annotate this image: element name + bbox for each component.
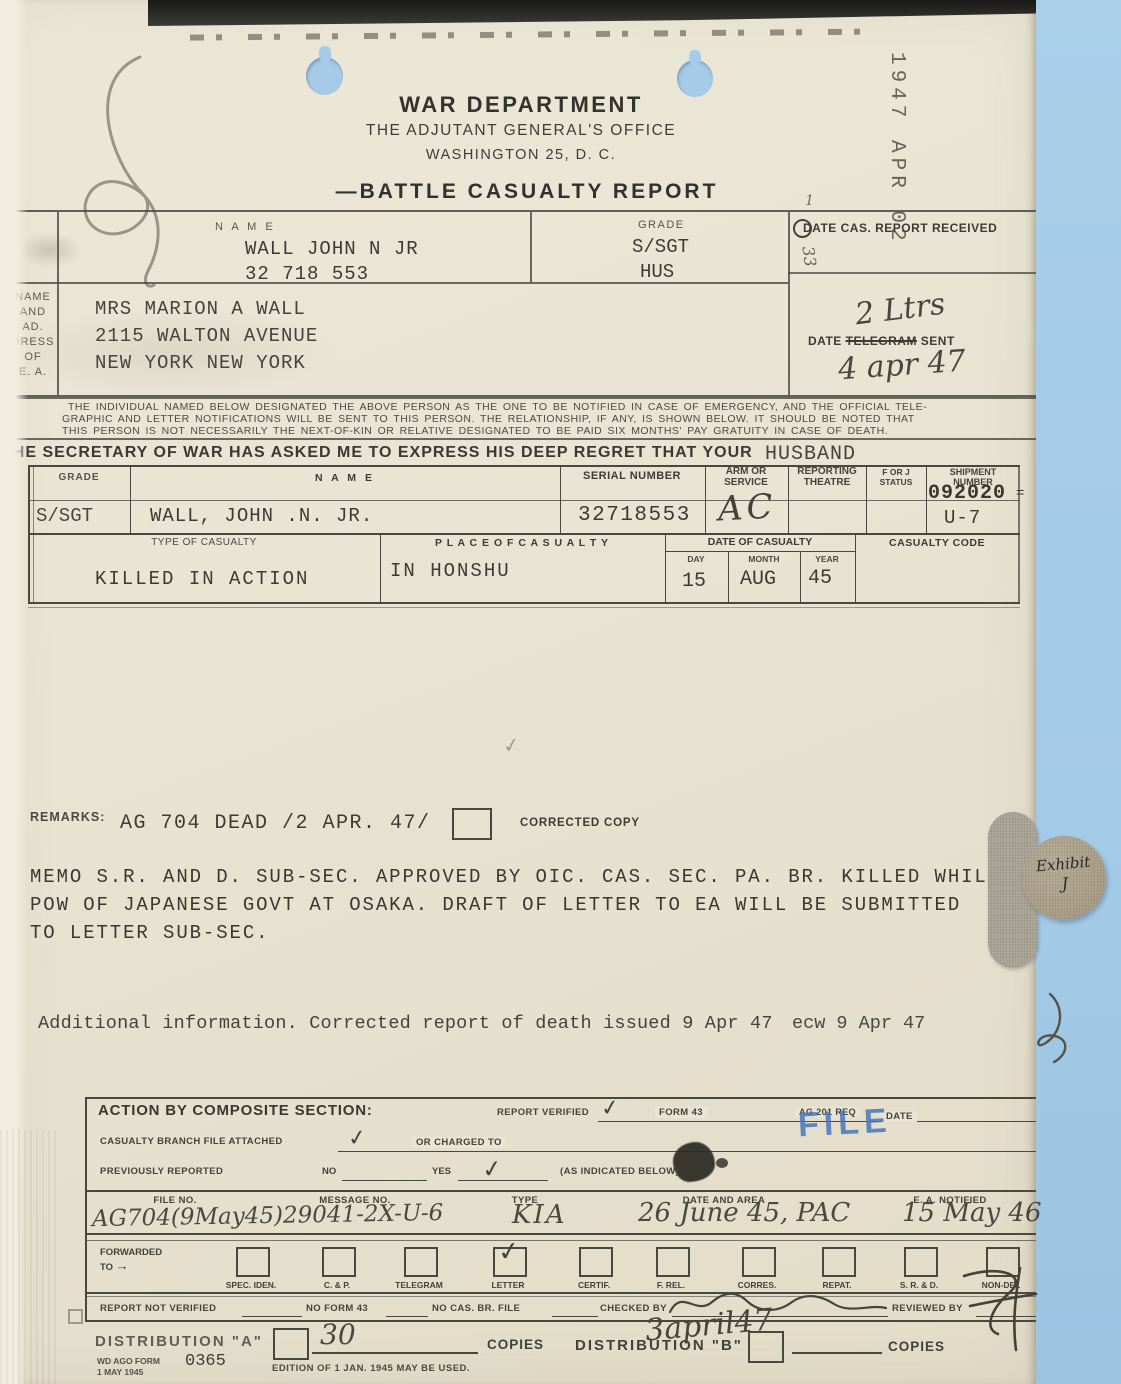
distribution-a-copies-handwritten: 30 — [320, 1318, 356, 1351]
memo-line-2: POW OF JAPANESE GOVT AT OSAKA. DRAFT OF … — [30, 894, 961, 916]
distribution-a-box — [273, 1328, 309, 1360]
memo-line-3: TO LETTER SUB-SEC. — [30, 922, 269, 944]
letter-checkmark: ✓ — [496, 1236, 522, 1269]
name-field-label: N A M E — [215, 221, 276, 233]
date-cas-report-label: DATE CAS. REPORT RECEIVED — [803, 221, 997, 235]
branch-attached-checkmark: ✓ — [346, 1125, 368, 1152]
date-received-stamp: 1947 APR 02 — [885, 52, 908, 246]
shipment-mark: = — [1016, 486, 1024, 502]
casualty-code-header: CASUALTY CODE — [889, 537, 985, 549]
side-label-line: E. A. — [8, 365, 58, 380]
box-label-cp: C. & P. — [324, 1280, 350, 1290]
box-label-srd: S. R. & D. — [900, 1280, 938, 1290]
grade-cell-value: S/SGT — [36, 505, 93, 527]
col-fj-header: F OR J STATUS — [880, 467, 913, 487]
month-value: AUG — [740, 568, 776, 591]
punch-hole — [306, 57, 343, 95]
ea-address2: NEW YORK NEW YORK — [95, 352, 306, 374]
forward-checkbox-telegram — [404, 1247, 438, 1277]
year-header: YEAR — [815, 554, 839, 564]
casualty-branch-attached-label: CASUALTY BRANCH FILE ATTACHED — [100, 1136, 283, 1147]
copies-label-a: COPIES — [487, 1337, 544, 1352]
corrected-copy-checkbox — [452, 808, 492, 840]
notice-line-2: GRAPHIC AND LETTER NOTIFICATIONS WILL BE… — [62, 413, 915, 425]
col-theatre-line2: THEATRE — [797, 477, 856, 488]
handwritten-33: 33 — [798, 245, 820, 268]
handwritten-flourish — [1028, 990, 1074, 1068]
col-shipment-line1: SHIPMENT — [950, 467, 997, 477]
exhibit-tab-text: Exhibit J — [1020, 850, 1107, 897]
report-not-verified-label: REPORT NOT VERIFIED — [100, 1303, 216, 1314]
previously-reported-label: PREVIOUSLY REPORTED — [100, 1166, 223, 1177]
col-fj-line1: F OR J — [880, 467, 913, 477]
year-value: 45 — [808, 567, 832, 590]
shipment-number-value: 092020 — [928, 482, 1006, 505]
forward-checkbox-spec-iden — [236, 1247, 270, 1277]
arrow-icon: → — [116, 1258, 129, 1273]
arm-service-handwritten: AC — [717, 486, 778, 529]
remarks-value: AG 704 DEAD /2 APR. 47/ — [120, 812, 431, 835]
col-name-header: N A M E — [315, 472, 375, 484]
forward-checkbox-corres — [742, 1247, 776, 1277]
ea-side-label: NAME AND AD. DRESS OF E. A. — [8, 290, 58, 380]
scanned-document-page: 1947 APR 02 WAR DEPARTMENT THE ADJUTANT … — [0, 0, 1121, 1384]
type-of-casualty-header: TYPE OF CASUALTY — [151, 537, 257, 548]
memo-line-1: MEMO S.R. AND D. SUB-SEC. APPROVED BY OI… — [30, 866, 1001, 888]
casualty-name-value: WALL JOHN N JR — [245, 238, 419, 260]
file-stamp: FILE — [797, 1102, 893, 1146]
form-id-block: WD AGO FORM 1 MAY 1945 — [97, 1356, 160, 1378]
box-label-certif: CERTIF. — [578, 1280, 610, 1290]
punch-hole — [677, 60, 713, 97]
ecw-note: ecw 9 Apr 47 — [792, 1013, 925, 1034]
regret-sentence: THE SECRETARY OF WAR HAS ASKED ME TO EXP… — [2, 444, 753, 462]
place-of-casualty-value: IN HONSHU — [390, 560, 511, 582]
col-theatre-header: REPORTING THEATRE — [797, 466, 856, 488]
grade-field-label: GRADE — [638, 219, 685, 231]
side-label-line: NAME — [8, 290, 58, 305]
col-grade-header: GRADE — [58, 472, 99, 483]
day-header: DAY — [687, 554, 704, 564]
washington-line: WASHINGTON 25, D. C. — [426, 147, 616, 163]
composite-section-title: ACTION BY COMPOSITE SECTION: — [98, 1102, 373, 1119]
handwritten-date-area: 26 June 45, PAC — [638, 1198, 850, 1228]
forwarded-line2: TO — [100, 1262, 113, 1273]
reviewed-by-signature-scrawl — [946, 1262, 1038, 1354]
pencil-scribble — [30, 45, 200, 295]
forwarded-line1: FORWARDED — [100, 1246, 162, 1259]
ea-address1: 2115 WALTON AVENUE — [95, 325, 318, 347]
col-arm-line1: ARM OR — [724, 466, 768, 477]
handwritten-ea-notified: 15 May 46 — [902, 1198, 1042, 1228]
col-arm-header: ARM OR SERVICE — [724, 466, 768, 488]
forward-checkbox-cp — [322, 1247, 356, 1277]
day-value: 15 — [682, 570, 706, 593]
wd-ago-form-label: WD AGO FORM — [97, 1356, 160, 1367]
side-label-line: DRESS — [8, 335, 58, 350]
form43-label: FORM 43 — [655, 1107, 707, 1118]
adjutant-office-line: THE ADJUTANT GENERAL'S OFFICE — [366, 122, 676, 140]
telegram-label-struck: TELEGRAM — [846, 334, 917, 348]
yes-label: YES — [432, 1166, 451, 1177]
punch-hole-notch — [689, 50, 701, 65]
punch-hole-notch — [319, 46, 331, 62]
or-charged-to-label: OR CHARGED TO — [412, 1137, 506, 1148]
month-header: MONTH — [748, 554, 779, 564]
margin-square-mark — [68, 1309, 83, 1324]
corrected-copy-label: CORRECTED COPY — [520, 817, 640, 829]
report-title: —BATTLE CASUALTY REPORT — [336, 180, 719, 204]
distribution-a-label: DISTRIBUTION "A" — [95, 1333, 263, 1350]
copies-label-b: COPIES — [888, 1339, 945, 1354]
casualty-serial-value: 32 718 553 — [245, 263, 369, 285]
handwritten-1: 1 — [805, 193, 814, 209]
form-date-label: 1 MAY 1945 — [97, 1367, 160, 1378]
no-form43-label: NO FORM 43 — [306, 1303, 368, 1314]
forwarded-to-label: FORWARDED TO → — [100, 1246, 162, 1274]
notice-line-3: THIS PERSON IS NOT NECESSARILY THE NEXT-… — [62, 425, 888, 437]
serial-cell-value: 32718553 — [578, 504, 691, 527]
box-label-telegram: TELEGRAM — [395, 1280, 443, 1290]
name-cell-value: WALL, JOHN .N. JR. — [150, 505, 373, 527]
no-label: NO — [322, 1166, 336, 1177]
report-verified-checkmark: ✓ — [599, 1095, 621, 1122]
telegram-label-pre: DATE — [808, 334, 846, 348]
as-indicated-label: (AS INDICATED BELOW): — [560, 1166, 683, 1177]
notice-line-1: THE INDIVIDUAL NAMED BELOW DESIGNATED TH… — [68, 401, 927, 413]
ea-name: MRS MARION A WALL — [95, 298, 306, 320]
no-cas-br-file-label: NO CAS. BR. FILE — [432, 1303, 520, 1314]
forward-checkbox-frel — [656, 1247, 690, 1277]
col-serial-header: SERIAL NUMBER — [583, 470, 681, 482]
box-label-spec-iden: SPEC. IDEN. — [226, 1280, 277, 1290]
side-label-line: AND — [8, 305, 58, 320]
yes-checkmark: ✓ — [480, 1154, 504, 1185]
regret-relation: HUSBAND — [765, 443, 856, 466]
side-label-line: AD. — [8, 320, 58, 335]
place-of-casualty-header: P L A C E O F C A S U A L T Y — [435, 537, 609, 549]
forward-checkbox-certif — [579, 1247, 613, 1277]
box-label-letter: LETTER — [491, 1280, 524, 1290]
col-theatre-line1: REPORTING — [797, 466, 856, 477]
handwritten-type-kia: KIA — [512, 1200, 566, 1230]
type-of-casualty-value: KILLED IN ACTION — [95, 568, 309, 590]
form-number: 0365 — [185, 1352, 226, 1371]
additional-info-line: Additional information. Corrected report… — [38, 1013, 773, 1034]
shipment-number2-value: U-7 — [944, 507, 981, 529]
date-of-casualty-header: DATE OF CASUALTY — [708, 536, 813, 548]
grade-relation-value: HUS — [640, 261, 674, 283]
report-verified-label: REPORT VERIFIED — [497, 1107, 589, 1118]
col-fj-line2: STATUS — [880, 477, 913, 487]
side-label-line: OF — [8, 350, 58, 365]
forward-checkbox-srd — [904, 1247, 938, 1277]
war-department-title: WAR DEPARTMENT — [399, 92, 643, 118]
grade-value: S/SGT — [632, 236, 689, 258]
remarks-label: REMARKS: — [30, 810, 105, 824]
forward-checkbox-repat — [822, 1247, 856, 1277]
edition-note: EDITION OF 1 JAN. 1945 MAY BE USED. — [272, 1363, 470, 1374]
